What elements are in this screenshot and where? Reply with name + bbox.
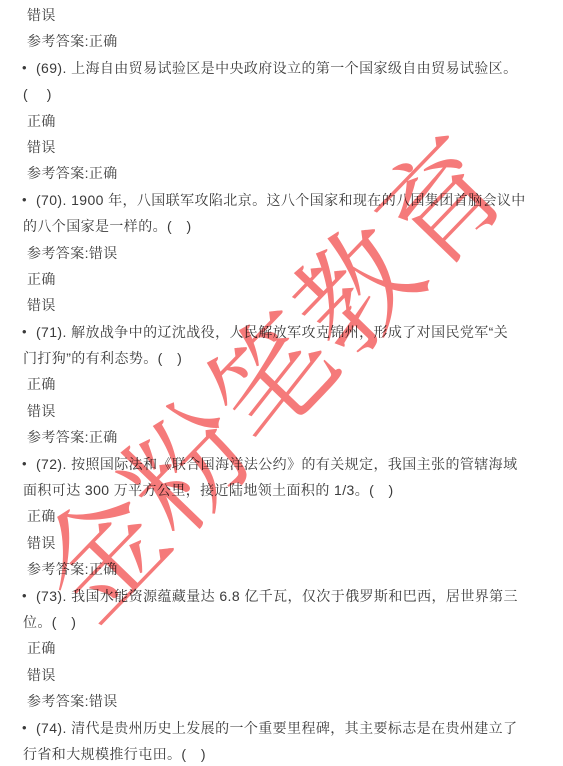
question-continuation: 行省和大规模推行屯田。( ) <box>0 741 563 766</box>
reference-answer: 参考答案:正确 <box>0 160 563 186</box>
question-continuation: 的八个国家是一样的。( ) <box>0 213 563 239</box>
bullet-icon: • <box>22 715 36 741</box>
question-text: (70). 1900 年，八国联军攻陷北京。这八个国家和现在的八国集团首脑会议中 <box>36 187 526 213</box>
answer-option: 正确 <box>0 635 563 661</box>
reference-answer: 参考答案:正确 <box>0 556 563 582</box>
document-body: 错误参考答案:正确•(69). 上海自由贸易试验区是中央政府设立的第一个国家级自… <box>0 0 563 766</box>
question-continuation: 门打狗”的有利态势。( ) <box>0 345 563 371</box>
question-text: (72). 按照国际法和《联合国海洋法公约》的有关规定，我国主张的管辖海域 <box>36 451 517 477</box>
document-page: 错误参考答案:正确•(69). 上海自由贸易试验区是中央政府设立的第一个国家级自… <box>0 0 563 766</box>
question-text: (69). 上海自由贸易试验区是中央政府设立的第一个国家级自由贸易试验区。 <box>36 55 517 81</box>
answer-option: 错误 <box>0 662 563 688</box>
answer-option: 正确 <box>0 108 563 134</box>
question-line: •(74). 清代是贵州历史上发展的一个重要里程碑，其主要标志是在贵州建立了 <box>0 715 563 741</box>
answer-option: 错误 <box>0 530 563 556</box>
question-line: •(73). 我国水能资源蕴藏量达 6.8 亿千瓦，仅次于俄罗斯和巴西，居世界第… <box>0 583 563 609</box>
answer-option: 错误 <box>0 2 563 28</box>
answer-option: 错误 <box>0 398 563 424</box>
answer-option: 正确 <box>0 266 563 292</box>
reference-answer: 参考答案:错误 <box>0 688 563 714</box>
answer-option: 错误 <box>0 134 563 160</box>
answer-option: 错误 <box>0 292 563 318</box>
bullet-icon: • <box>22 55 36 81</box>
bullet-icon: • <box>22 319 36 345</box>
answer-option: 正确 <box>0 371 563 397</box>
bullet-icon: • <box>22 451 36 477</box>
reference-answer: 参考答案:正确 <box>0 28 563 54</box>
question-text: (73). 我国水能资源蕴藏量达 6.8 亿千瓦，仅次于俄罗斯和巴西，居世界第三 <box>36 583 518 609</box>
answer-option: 正确 <box>0 503 563 529</box>
question-line: •(70). 1900 年，八国联军攻陷北京。这八个国家和现在的八国集团首脑会议… <box>0 187 563 213</box>
question-text: (71). 解放战争中的辽沈战役，人民解放军攻克锦州，形成了对国民党军“关 <box>36 319 508 345</box>
question-continuation: ( ) <box>0 81 563 107</box>
bullet-icon: • <box>22 187 36 213</box>
question-continuation: 位。( ) <box>0 609 563 635</box>
reference-answer: 参考答案:正确 <box>0 424 563 450</box>
question-line: •(69). 上海自由贸易试验区是中央政府设立的第一个国家级自由贸易试验区。 <box>0 55 563 81</box>
reference-answer: 参考答案:错误 <box>0 240 563 266</box>
question-line: •(71). 解放战争中的辽沈战役，人民解放军攻克锦州，形成了对国民党军“关 <box>0 319 563 345</box>
bullet-icon: • <box>22 583 36 609</box>
question-text: (74). 清代是贵州历史上发展的一个重要里程碑，其主要标志是在贵州建立了 <box>36 715 517 741</box>
question-line: •(72). 按照国际法和《联合国海洋法公约》的有关规定，我国主张的管辖海域 <box>0 451 563 477</box>
question-continuation: 面积可达 300 万平方公里，接近陆地领土面积的 1/3。( ) <box>0 477 563 503</box>
